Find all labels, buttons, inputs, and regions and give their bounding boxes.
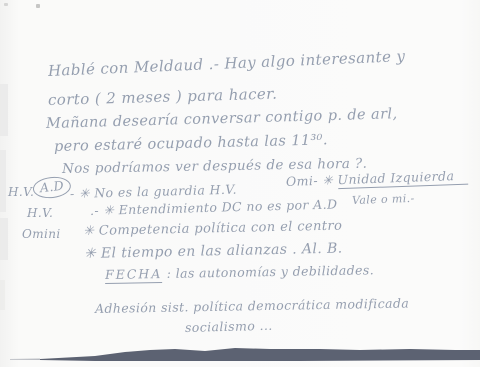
scan-bottom-edge (0, 340, 480, 367)
scanned-note-page: Hablé con Meldaud .- Hay algo interesant… (0, 0, 480, 367)
circled-ad-annotation: A.D (32, 175, 72, 200)
bullet-competencia-politica: ✳ Competencia política con el centro (83, 219, 343, 239)
scan-smudge (0, 218, 8, 260)
margin-label-omini: Omini (22, 227, 61, 241)
fecha-line: FECHA : las autonomías y debilidades. (105, 262, 374, 282)
scan-smudge (0, 280, 5, 310)
note-line-3: Mañana desearía conversar contigo p. de … (46, 106, 398, 132)
note-line-1: Hablé con Meldaud .- Hay algo interesant… (48, 47, 406, 80)
footer-line-2: socialismo ... (185, 318, 273, 335)
footer-line-1: Adhesión sist. política democrática modi… (95, 296, 409, 316)
bullet-el-tiempo-alianzas: ✳ El tiempo en las alianzas . Al. B. (84, 241, 343, 262)
margin-label-hv: H.V. (8, 185, 34, 199)
note-line-4: pero estaré ocupado hasta las 11³⁰. (54, 132, 328, 155)
margin-note-vale: Vale o mi.- (352, 192, 415, 207)
underlined-fecha: FECHA (105, 266, 163, 284)
scan-speck (4, 3, 8, 6)
margin-note-prefix: Omi- ✳ (286, 172, 338, 189)
fecha-text: : las autonomías y debilidades. (162, 262, 374, 281)
underlined-unidad-izquierda: Unidad Izquierda (337, 168, 468, 190)
bullet-entendimiento-dc: .- ✳ Entendimiento DC no es por A.D (90, 197, 338, 218)
scan-smudge (0, 84, 8, 136)
scan-speck (36, 4, 40, 8)
scan-smudge (0, 150, 6, 212)
bullet-no-es-la-guardia: - ✳ No es la guardia H.V. (70, 182, 237, 201)
note-line-2: corto ( 2 meses ) para hacer. (48, 85, 278, 109)
margin-label-hv-2: H.V. (27, 206, 53, 220)
